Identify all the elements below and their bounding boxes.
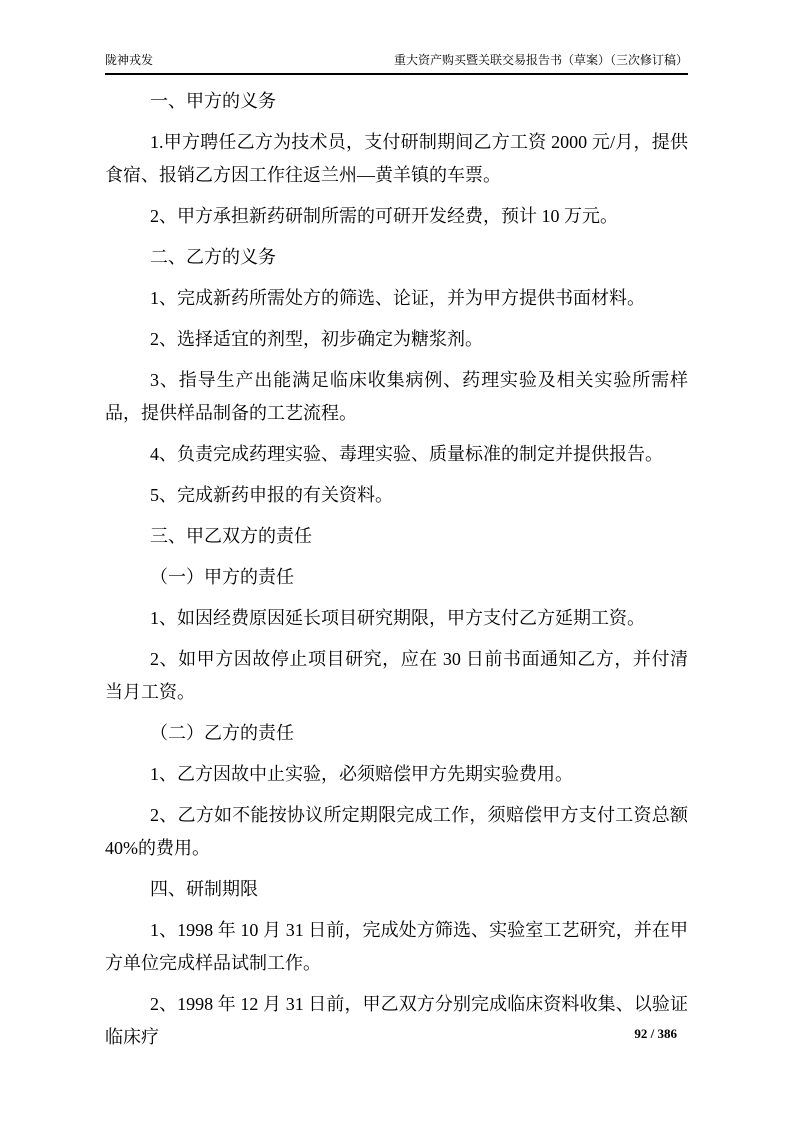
paragraph: 三、甲乙双方的责任 <box>105 520 688 553</box>
paragraph: 3、指导生产出能满足临床收集病例、药理实验及相关实验所需样品，提供样品制备的工艺… <box>105 364 688 430</box>
paragraph: 1、乙方因故中止实验，必须赔偿甲方先期实验费用。 <box>105 758 688 791</box>
paragraph: 2、甲方承担新药研制所需的可研开发经费，预计 10 万元。 <box>105 200 688 233</box>
paragraph: 1、完成新药所需处方的筛选、论证，并为甲方提供书面材料。 <box>105 282 688 315</box>
paragraph: 一、甲方的义务 <box>105 85 688 118</box>
paragraph: 5、完成新药申报的有关资料。 <box>105 479 688 512</box>
paragraph: 1、如因经费原因延长项目研究期限，甲方支付乙方延期工资。 <box>105 602 688 635</box>
paragraph: 4、负责完成药理实验、毒理实验、质量标准的制定并提供报告。 <box>105 438 688 471</box>
page-header: 陇神戎发 重大资产购买暨关联交易报告书（草案）（三次修订稿） <box>105 52 688 75</box>
header-company-name: 陇神戎发 <box>105 52 153 68</box>
document-page: 陇神戎发 重大资产购买暨关联交易报告书（草案）（三次修订稿） 一、甲方的义务1.… <box>0 0 793 1122</box>
page-number: 92 / 386 <box>634 1025 677 1043</box>
paragraph: 四、研制期限 <box>105 873 688 906</box>
paragraph: 1.甲方聘任乙方为技术员，支付研制期间乙方工资 2000 元/月，提供食宿、报销… <box>105 126 688 192</box>
paragraph: （一）甲方的责任 <box>105 561 688 594</box>
paragraph: 2、1998 年 12 月 31 日前，甲乙双方分别完成临床资料收集、以验证临床… <box>105 988 688 1054</box>
paragraph: 二、乙方的义务 <box>105 241 688 274</box>
header-report-title: 重大资产购买暨关联交易报告书（草案）（三次修订稿） <box>394 52 688 68</box>
paragraph: 2、乙方如不能按协议所定期限完成工作，须赔偿甲方支付工资总额 40%的费用。 <box>105 799 688 865</box>
paragraph: 2、选择适宜的剂型，初步确定为糖浆剂。 <box>105 323 688 356</box>
paragraph: 2、如甲方因故停止项目研究，应在 30 日前书面通知乙方，并付清当月工资。 <box>105 643 688 709</box>
document-body: 一、甲方的义务1.甲方聘任乙方为技术员，支付研制期间乙方工资 2000 元/月，… <box>105 85 688 1062</box>
paragraph: （二）乙方的责任 <box>105 717 688 750</box>
paragraph: 1、1998 年 10 月 31 日前，完成处方筛选、实验室工艺研究，并在甲方单… <box>105 914 688 980</box>
